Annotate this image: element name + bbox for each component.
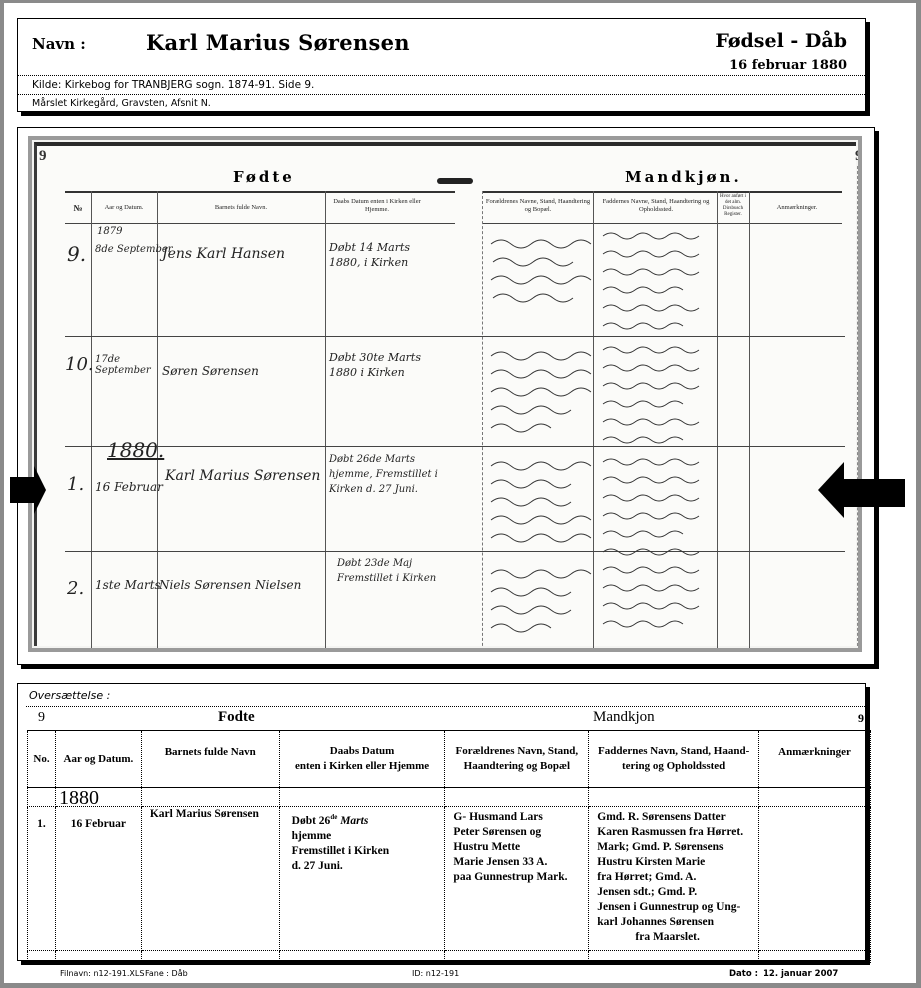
scan-row-no: 2. [67,578,84,599]
footer-id: ID: n12-191 [412,969,459,978]
handwriting-scribbles [483,226,719,652]
col-baptism: Daabs Datum enten i Kirken eller Hjemme [279,731,445,788]
person-name: Karl Marius Sørensen [146,30,410,55]
arrow-left-icon [844,479,905,507]
scan-row-no: 9. [67,242,86,266]
entry-date: 16 Februar [55,807,141,951]
footer-date-label: Dato : [729,969,758,979]
entry-no: 1. [28,807,56,951]
translation-page-right: 9 [858,711,864,726]
footer-sheet: Fane : Dåb [145,969,188,978]
translation-page-left: 9 [38,710,45,726]
entry-parents: G- Husmand Lars Peter Sørensen og Hustru… [445,807,589,951]
entry-child-name: Karl Marius Sørensen [141,807,279,951]
arrow-right-icon [34,466,46,514]
col-no: No. [28,731,56,788]
entry-baptism: Døbt 26de Marts hjemme Fremstillet i Kir… [279,807,445,951]
scan-col-name: Barnets fulde Navn. [159,204,323,212]
translation-table: No. Aar og Datum. Barnets fulde Navn Daa… [27,730,871,963]
scan-col-remarks: Anmærkninger. [751,204,843,212]
col-date: Aar og Datum. [55,731,141,788]
col-remarks: Anmærkninger [759,731,871,788]
scan-col-register: Hvor anført i det alm. Dirsbusch Registe… [718,194,748,218]
arrow-left-icon [818,462,844,518]
col-godparents: Faddernes Navn, Stand, Haand- tering og … [589,731,759,788]
scan-page-left: 9 [39,148,47,165]
scan-row-no: 1. [67,474,84,495]
arrow-right-icon [10,477,34,503]
translation-panel: Oversættelse : 9 Fodte Mandkjon 9 No. Aa… [17,683,866,961]
table-row: 1. 16 Februar Karl Marius Sørensen Døbt … [28,807,871,951]
binding-ornament [437,178,473,184]
table-header-row: No. Aar og Datum. Barnets fulde Navn Daa… [28,731,871,788]
church-book-scan: 9 9 Fødte Mandkjøn. № Aar og Datum. Barn… [28,136,862,652]
entry-remarks [759,807,871,951]
entry-year: 1880 [59,787,99,809]
col-child-name: Barnets fulde Navn [141,731,279,788]
col-parents: Forældrenes Navn, Stand, Haandtering og … [445,731,589,788]
source-reference: Kilde: Kirkebog for TRANBJERG sogn. 1874… [32,79,314,91]
translation-label: Oversættelse : [29,689,110,702]
scan-col-no: № [67,204,89,212]
scan-col-date: Aar og Datum. [91,204,157,212]
divider [26,706,865,707]
scan-col-parents: Forældrenes Navne, Stand, Haandtering og… [483,198,593,214]
footer-filename: Filnavn: n12-191.XLS [60,969,144,978]
record-header: Navn : Karl Marius Sørensen Fødsel - Dåb… [17,18,866,112]
divider [18,94,865,95]
divider [18,75,865,76]
scan-title-left: Fødte [233,168,295,186]
name-label: Navn : [32,35,86,53]
translation-title-right: Mandkjon [593,709,655,726]
entry-godparents: Gmd. R. Sørensens Datter Karen Rasmussen… [589,807,759,951]
scan-col-baptism: Daabs Datum enten i Kirken eller Hjemme. [327,198,427,214]
table-row-year: 1880 [28,788,871,807]
table-row-empty [28,951,871,963]
event-type: Fødsel - Dåb [715,30,847,52]
footer-date-value: 12. januar 2007 [763,969,838,979]
scan-title-right: Mandkjøn. [625,168,742,186]
scan-panel: 9 9 Fødte Mandkjøn. № Aar og Datum. Barn… [17,127,875,665]
scan-row-no: 10. [65,354,94,375]
scan-col-godparents: Faddernes Navne, Stand, Haandtering og O… [595,198,717,214]
grave-reference: Mårslet Kirkegård, Gravsten, Afsnit N. [32,98,211,109]
event-date: 16 februar 1880 [729,58,847,73]
scan-page-right: 9 [855,148,862,165]
translation-title-left: Fodte [218,709,255,726]
